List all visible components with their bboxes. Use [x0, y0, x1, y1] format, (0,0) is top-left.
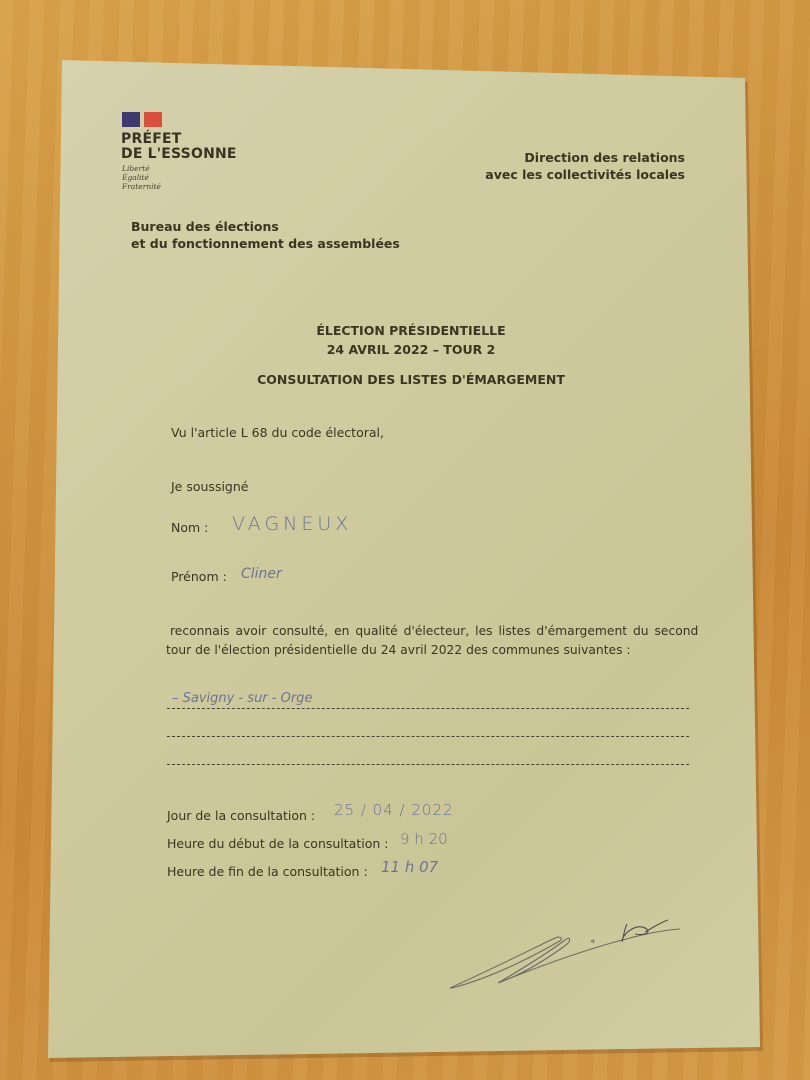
marianne-flag-logo-icon — [122, 112, 162, 127]
debut-label: Heure du début de la consultation : — [167, 836, 388, 851]
heading-election: ÉLECTION PRÉSIDENTIELLE — [6, 323, 810, 338]
nom-value: VAGNEUX — [232, 513, 352, 535]
signature-icon — [430, 900, 710, 1010]
motto-fraternite: Fraternité — [122, 182, 161, 191]
prenom-label: Prénom : — [171, 569, 227, 584]
debut-value: 9 h 20 — [400, 830, 448, 848]
flag-red-block — [144, 112, 162, 127]
bureau-line1: Bureau des élections — [131, 219, 279, 234]
article-reference: Vu l'article L 68 du code électoral, — [171, 425, 384, 440]
nom-label: Nom : — [171, 520, 208, 535]
jour-value: 25 / 04 / 2022 — [334, 801, 454, 819]
heading-date-tour: 24 AVRIL 2022 – TOUR 2 — [6, 342, 810, 357]
logo-title-line2: DE L'ESSONNE — [121, 146, 237, 162]
commune-line-1 — [167, 708, 689, 709]
je-soussigne: Je soussigné — [171, 479, 248, 494]
bureau-line2: et du fonctionnement des assemblées — [131, 236, 400, 251]
fin-label: Heure de fin de la consultation : — [167, 864, 368, 879]
prenom-value: Cliner — [241, 566, 282, 582]
commune-entry-1: – Savigny - sur - Orge — [172, 691, 312, 706]
motto-liberte: Liberté — [122, 164, 150, 173]
statement-line2: tour de l'élection présidentielle du 24 … — [166, 643, 631, 657]
jour-label: Jour de la consultation : — [167, 808, 315, 823]
heading-consultation: CONSULTATION DES LISTES D'ÉMARGEMENT — [6, 372, 810, 387]
direction-line2: avec les collectivités locales — [485, 167, 685, 182]
commune-line-3 — [167, 764, 689, 765]
commune-line-2 — [167, 736, 689, 737]
logo-title-line1: PRÉFET — [121, 131, 181, 147]
motto-egalite: Égalité — [122, 173, 149, 182]
statement-line1: reconnais avoir consulté, en qualité d'é… — [170, 624, 698, 638]
flag-blue-block — [122, 112, 140, 127]
fin-value: 11 h 07 — [381, 858, 438, 876]
direction-line1: Direction des relations — [524, 150, 685, 165]
